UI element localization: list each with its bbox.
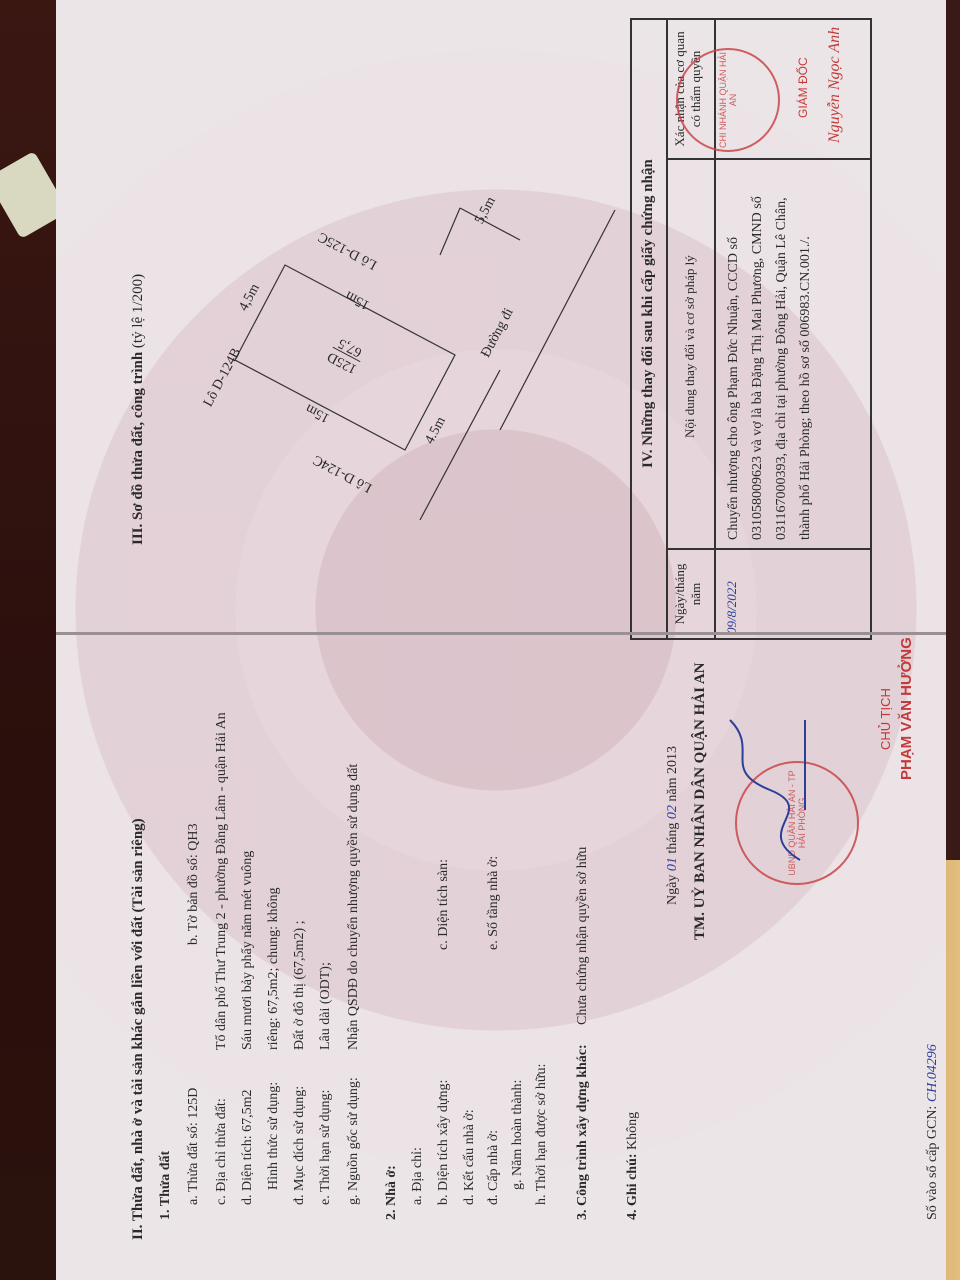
house-built-area: b. Diện tích xây dựng: — [436, 1080, 452, 1205]
house-heading: 2. Nhà ở: — [384, 1165, 400, 1220]
confirmation-signer-name: Nguyễn Ngọc Anh — [826, 27, 844, 143]
usage-form-label: Hình thức sử dụng: — [266, 1082, 282, 1190]
origin-label: g. Nguồn gốc sử dụng: — [346, 1077, 362, 1205]
other-works-label: 3. Công trình xây dựng khác: — [575, 1044, 591, 1220]
issue-month: 02 — [665, 805, 680, 819]
land-heading: 1. Thửa đất — [158, 1151, 174, 1220]
house-completed: g. Năm hoàn thành: — [510, 1080, 526, 1190]
row-date: 09/8/2022 — [715, 549, 871, 639]
certificate-content: II. Thửa đất, nhà ở và tài sản khác gắn … — [0, 0, 960, 1280]
area-words: Sáu mươi bảy phẩy năm mét vuông — [240, 851, 256, 1050]
section-3-4: III. Sơ đồ thửa đất, công trình (tỷ lệ 1… — [0, 0, 960, 640]
house-ownership-term: h. Thời hạn được sở hữu: — [534, 1064, 550, 1205]
page-fold — [56, 632, 946, 635]
purpose-label: đ. Mục đích sử dụng: — [292, 1086, 308, 1205]
map-sheet: b. Tờ bản đồ số: QH3 — [186, 824, 202, 945]
house-floors: e. Số tầng nhà ở: — [486, 856, 502, 950]
issue-day: 01 — [665, 857, 680, 871]
signer-name: PHẠM VĂN HƯỞNG — [898, 637, 915, 780]
term-label: e. Thời hạn sử dụng: — [318, 1090, 334, 1205]
branch-seal: CHI NHÁNH QUẬN HẢI AN — [676, 48, 780, 152]
changes-table-title: IV. Những thay đổi sau khi cấp giấy chứn… — [631, 19, 667, 639]
issuing-authority: TM. UỶ BAN NHÂN DÂN QUẬN HẢI AN — [692, 663, 709, 941]
confirmation-signer-title: GIÁM ĐỐC — [796, 57, 810, 118]
area-label: d. Diện tích: 67,5m2 — [240, 1090, 256, 1206]
purpose-value: Đất ở đô thị (67,5m2) ; — [292, 921, 308, 1051]
other-works-value: Chưa chứng nhận quyền sở hữu — [575, 847, 591, 1025]
usage-form-value: riêng: 67,5m2; chung: không — [266, 887, 282, 1050]
signer-title: CHỦ TỊCH — [878, 688, 893, 750]
signature — [710, 710, 830, 870]
house-address: a. Địa chỉ: — [410, 1147, 426, 1205]
col-header-date: Ngày/tháng năm — [667, 549, 715, 639]
section-2: II. Thửa đất, nhà ở và tài sản khác gắn … — [0, 640, 960, 1280]
origin-value: Nhận QSDĐ do chuyển nhượng quyền sử dụng… — [346, 764, 362, 1050]
row-content: Chuyển nhượng cho ông Phạm Đức Nhuận, CC… — [715, 159, 871, 549]
section-2-title: II. Thửa đất, nhà ở và tài sản khác gắn … — [130, 818, 147, 1240]
address-value: Tổ dân phố Thư Trung 2 - phường Đằng Lâm… — [214, 712, 230, 1050]
row-confirmation: CHI NHÁNH QUẬN HẢI AN GIÁM ĐỐC Nguyễn Ng… — [715, 19, 871, 159]
house-floor-area: c. Diện tích sàn: — [436, 859, 452, 950]
registry-number: Số vào sổ cấp GCN: CH.04296 — [925, 1044, 941, 1220]
house-structure: d. Kết cấu nhà ở: — [462, 1109, 478, 1205]
changes-table: IV. Những thay đổi sau khi cấp giấy chứn… — [630, 18, 872, 640]
parcel-number: a. Thửa đất số: 125D — [186, 1088, 202, 1205]
house-grade: đ. Cấp nhà ở: — [486, 1130, 502, 1205]
note-label: 4. Ghi chú: Không — [625, 1112, 641, 1220]
section-3-title: III. Sơ đồ thửa đất, công trình (tỷ lệ 1… — [130, 274, 147, 545]
issue-date: Ngày 01 tháng 02 năm 2013 — [665, 746, 681, 905]
address-label: c. Địa chỉ thửa đất: — [214, 1098, 230, 1205]
col-header-content: Nội dung thay đổi và cơ sở pháp lý — [667, 159, 715, 549]
term-value: Lâu dài (ODT); — [318, 962, 334, 1050]
plot-diagram: Lô D-124B Lô D-125C Lô D-124C 4,5m 4.5m … — [160, 40, 600, 600]
